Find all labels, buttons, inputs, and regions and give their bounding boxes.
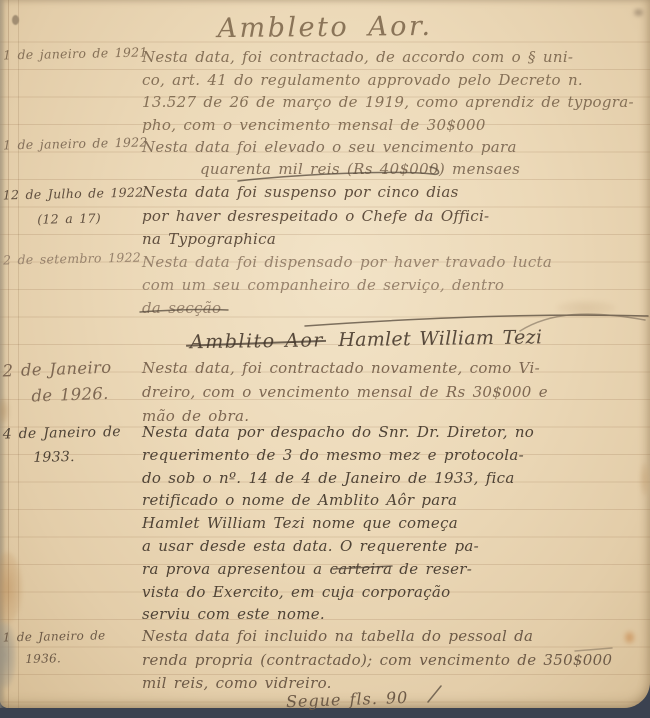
entry-text: Nesta data foi suspenso por cinco dias p… [142, 181, 647, 252]
entry-text: Nesta data por despacho do Snr. Dr. Dire… [142, 421, 647, 626]
entry-line: na Typographica [142, 228, 647, 252]
entry-line: por haver desrespeitado o Chefe da Offic… [142, 205, 647, 229]
entry-date-line: 1 de janeiro de 1922 [3, 135, 143, 153]
entry-date-line: 4 de Janeiro de [3, 420, 143, 447]
entry-text: Nesta data, foi contractado novamente, c… [142, 356, 647, 428]
entry-line: quarenta mil reis (Rs 40$000) mensaes [142, 158, 647, 180]
struck-name: Amblito Aor [190, 329, 324, 353]
entry-line: renda propria (contractado); com vencime… [142, 649, 647, 673]
entry-line: Nesta data foi incluido na tabella do pe… [142, 625, 647, 649]
entry-date: 2 de Janeiro de 1926. [2, 354, 144, 411]
entry-line: a usar desde esta data. O requerente pa- [142, 535, 647, 558]
paper-sheet: Ambleto Aor. 1 de janeiro de 1921 Nesta … [0, 0, 650, 708]
corrected-name: Hamlet William Tezi [338, 326, 542, 351]
entry-text: Nesta data foi dispensado por haver trav… [142, 251, 647, 320]
entry-line: do sob o nº. 14 de 4 de Janeiro de 1933,… [142, 467, 647, 490]
entry-line: requerimento de 3 do mesmo mez e protoco… [142, 444, 647, 467]
entry-line: Nesta data foi dispensado por haver trav… [142, 251, 647, 274]
entry-date: 1 de Janeiro de 1936. [3, 624, 144, 671]
entry-line: Nesta data foi elevado o seu vencimento … [142, 136, 647, 158]
entry-date-line: de 1926. [3, 380, 144, 411]
entry-date-line: (12 a 17) [3, 205, 143, 233]
entry-line: dreiro, com o vencimento mensal de Rs 30… [142, 380, 647, 404]
entry-line: Nesta data por despacho do Snr. Dr. Dire… [142, 421, 647, 444]
entry-text: Nesta data, foi contractado, de accordo … [142, 46, 647, 136]
entry-date-line: 1 de Janeiro de [3, 624, 143, 649]
entry-date-line: 2 de setembro 1922 [3, 250, 143, 268]
entry-line: Nesta data, foi contractado novamente, c… [142, 356, 647, 380]
entry-line: co, art. 41 do regulamento approvado pel… [142, 69, 647, 92]
entry-line: ra prova apresentou a carteira de reser- [142, 558, 647, 581]
entry-date-line: 1933. [3, 444, 143, 471]
entry-line: 13.527 de 26 de março de 1919, como apre… [142, 91, 647, 114]
entry-date: 1 de janeiro de 1922 [3, 135, 143, 153]
entry-date-line: 1 de janeiro de 1921 [3, 45, 143, 63]
entry-line: com um seu companheiro de serviço, dentr… [142, 274, 647, 297]
entry-line: pho, com o vencimento mensal de 30$000 [142, 114, 647, 137]
entry-text: Nesta data foi elevado o seu vencimento … [142, 136, 647, 180]
entry-date-line: 1936. [3, 646, 143, 671]
entry-date: 1 de janeiro de 1921 [3, 45, 143, 63]
scanned-ledger: { "title": "Ambleto Aor.", "heading2": {… [0, 0, 650, 718]
entry-date: 12 de Julho de 1922 (12 a 17) [2, 180, 143, 233]
entry-line: Nesta data foi suspenso por cinco dias [142, 181, 647, 205]
entry-line: serviu com este nome. [142, 603, 647, 626]
entry-line: Hamlet William Tezi nome que começa [142, 512, 647, 535]
entry-line: vista do Exercito, em cuja corporação [142, 581, 647, 604]
entry-date: 2 de setembro 1922 [3, 250, 143, 268]
entry-line: da secção [142, 297, 647, 320]
entry-line: Nesta data, foi contractado, de accordo … [142, 46, 647, 69]
entry-line: retificado o nome de Amblito Aôr para [142, 489, 647, 512]
entry-date: 4 de Janeiro de 1933. [3, 420, 144, 471]
entry-date-line: 12 de Julho de 1922 [2, 180, 142, 208]
entry-text: Nesta data foi incluido na tabella do pe… [142, 625, 647, 696]
